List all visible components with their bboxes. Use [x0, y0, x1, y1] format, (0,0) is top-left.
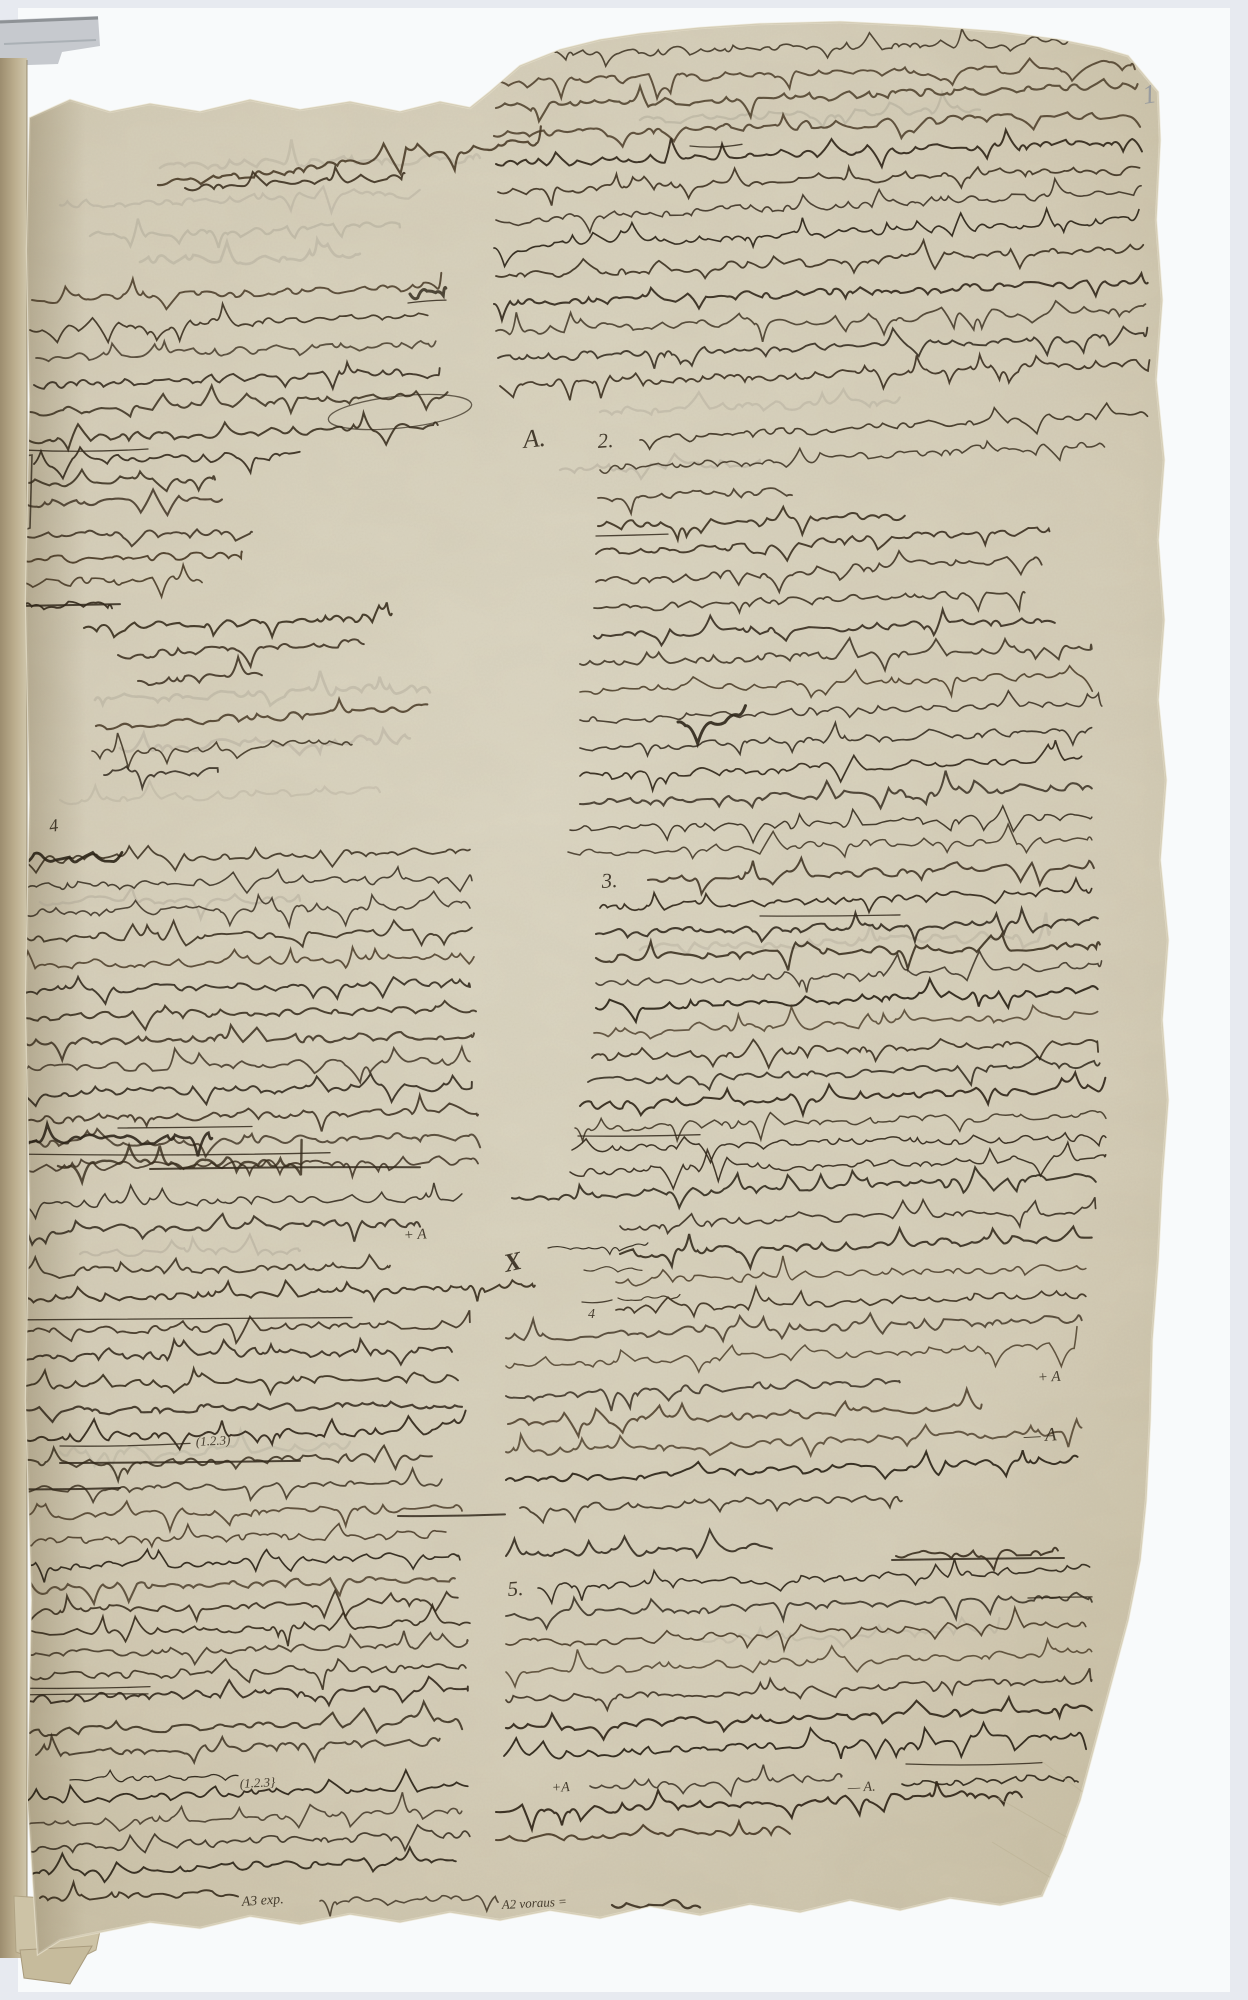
- manuscript-page-svg: 17A.1.2.3.5.4X4+ A(1.2.3)(1.2.3}A3 exp.A…: [0, 0, 1248, 2000]
- manuscript-scan: Fürsichseyn d. Wiederspruch, wie v. seyn…: [0, 0, 1248, 2000]
- page-content: 17A.1.2.3.5.4X4+ A(1.2.3)(1.2.3}A3 exp.A…: [0, 20, 1176, 1960]
- paper-grain-texture: [26, 20, 1176, 1960]
- spine-strip: [0, 58, 27, 1958]
